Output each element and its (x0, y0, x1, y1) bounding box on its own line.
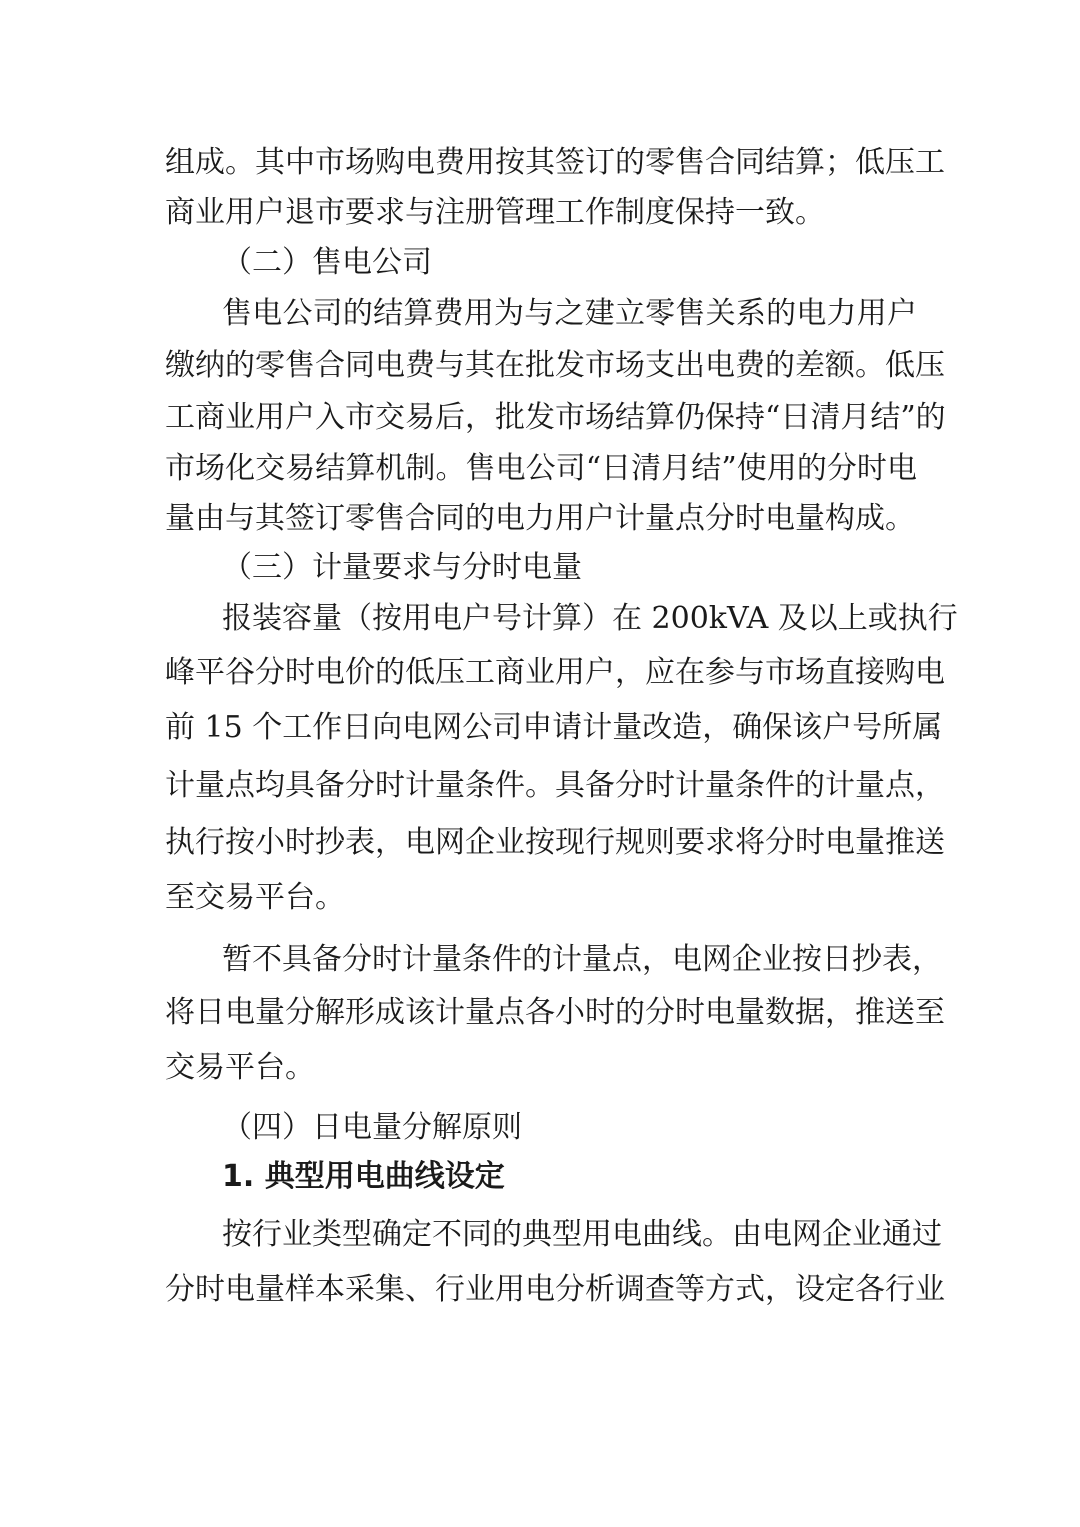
paragraph-line: 暂不具备分时计量条件的计量点，电网企业按日抄表， (222, 940, 917, 980)
paragraph-line: 按行业类型确定不同的典型用电曲线。由电网企业通过 (222, 1215, 917, 1255)
paragraph-line: 组成。其中市场购电费用按其签订的零售合同结算；低压工 (165, 143, 917, 183)
paragraph-line: 量由与其签订零售合同的电力用户计量点分时电量构成。 (165, 499, 917, 539)
paragraph-line: 缴纳的零售合同电费与其在批发市场支出电费的差额。低压 (165, 346, 917, 386)
paragraph-line: 交易平台。 (165, 1048, 917, 1088)
paragraph-line: 将日电量分解形成该计量点各小时的分时电量数据，推送至 (165, 993, 917, 1033)
paragraph-line: 执行按小时抄表，电网企业按现行规则要求将分时电量推送 (165, 823, 917, 863)
document-page: 组成。其中市场购电费用按其签订的零售合同结算；低压工 商业用户退市要求与注册管理… (0, 0, 1080, 1527)
paragraph-line: 峰平谷分时电价的低压工商业用户，应在参与市场直接购电 (165, 653, 917, 693)
paragraph-line: 前 15 个工作日向电网公司申请计量改造，确保该户号所属 (165, 708, 917, 748)
paragraph-line: 售电公司的结算费用为与之建立零售关系的电力用户 (222, 294, 917, 334)
paragraph-line: 市场化交易结算机制。售电公司“日清月结”使用的分时电 (165, 449, 917, 489)
subsection-heading-typical-curve: 1. 典型用电曲线设定 (222, 1157, 505, 1197)
paragraph-line: 报装容量（按用电户号计算）在 200kVA 及以上或执行 (222, 599, 917, 639)
section-heading-retail-company: （二）售电公司 (222, 243, 432, 283)
paragraph-line: 工商业用户入市交易后，批发市场结算仍保持“日清月结”的 (165, 398, 917, 438)
paragraph-line: 计量点均具备分时计量条件。具备分时计量条件的计量点， (165, 766, 917, 806)
section-heading-metering: （三）计量要求与分时电量 (222, 548, 582, 588)
paragraph-line: 商业用户退市要求与注册管理工作制度保持一致。 (165, 193, 917, 233)
paragraph-line: 至交易平台。 (165, 878, 917, 918)
paragraph-line: 分时电量样本采集、行业用电分析调查等方式，设定各行业 (165, 1270, 917, 1310)
section-heading-decomposition: （四）日电量分解原则 (222, 1108, 522, 1148)
